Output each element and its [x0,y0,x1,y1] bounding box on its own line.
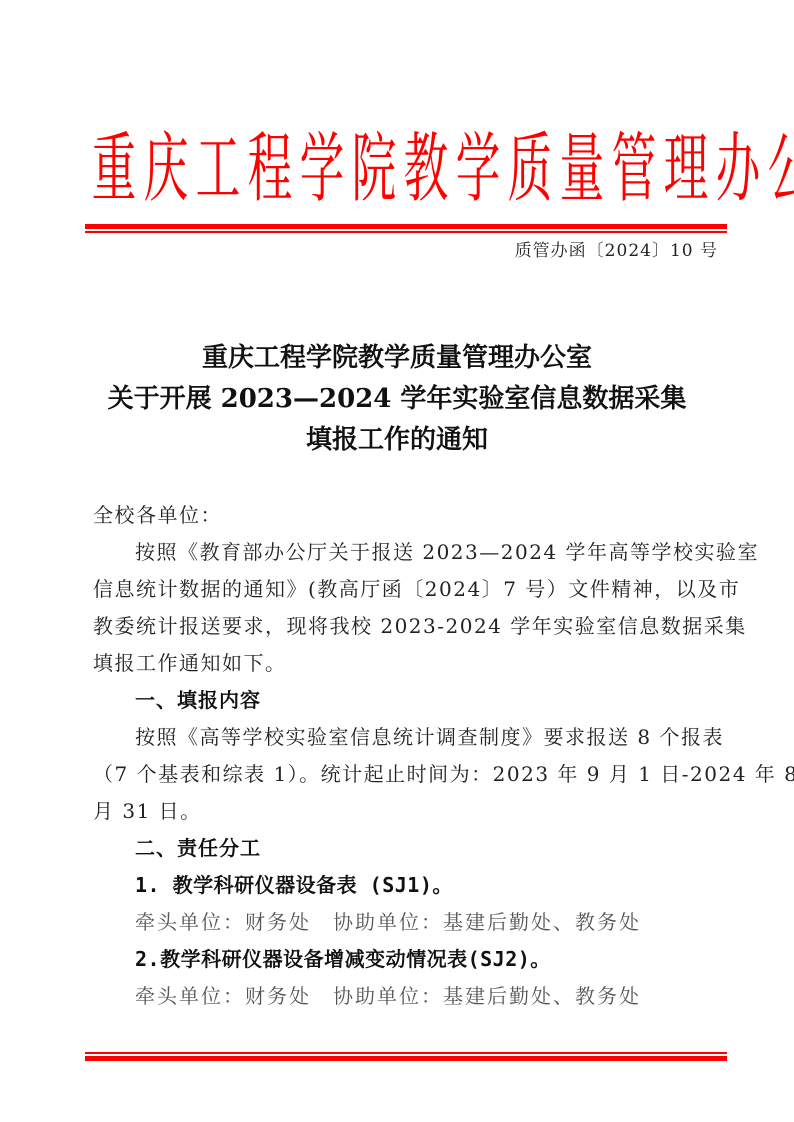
title-line-1: 重庆工程学院教学质量管理办公室 [60,338,734,379]
assist-unit: 协助单位：基建后勤处、教务处 [333,984,641,1008]
masthead-char: 管 [612,109,657,231]
intro-line: 教委统计报送要求，现将我校 2023-2024 学年实验室信息数据采集 [93,611,721,641]
section1-line: （7 个基表和综表 1）。统计起止时间为：2023 年 9 月 1 日-2024… [93,759,721,789]
lead-unit: 牵头单位：财务处 [135,984,311,1008]
header-red-rule-thick [85,224,727,229]
intro-line: 信息统计数据的通知》(教高厅函〔2024〕7 号）文件精神，以及市 [93,574,721,604]
masthead-char: 庆 [144,109,189,231]
masthead-char: 重 [92,109,137,231]
responsibility-item-title: 2.教学科研仪器设备增减变动情况表(SJ2)。 [93,944,721,974]
document-page: 重 庆 工 程 学 院 教 学 质 量 管 理 办 公 室 质管办函〔2024〕… [0,0,794,1122]
masthead-char: 院 [352,109,397,231]
masthead-char: 程 [248,109,293,231]
footer-red-rule-thin [85,1052,727,1054]
lead-unit: 牵头单位：财务处 [135,910,311,934]
responsibility-item-title: 1. 教学科研仪器设备表 (SJ1)。 [93,870,721,900]
masthead-char: 学 [456,109,501,231]
masthead-char: 学 [300,109,345,231]
masthead-char: 质 [508,109,553,231]
title-line-3: 填报工作的通知 [60,420,734,461]
assist-unit: 协助单位：基建后勤处、教务处 [333,910,641,934]
masthead-char: 量 [560,109,605,231]
masthead-title: 重 庆 工 程 学 院 教 学 质 量 管 理 办 公 室 [88,128,724,212]
title-line-2: 关于开展 2023—2024 学年实验室信息数据采集 [60,379,734,420]
section1-line: 按照《高等学校实验室信息统计调查制度》要求报送 8 个报表 [93,722,721,752]
masthead-char: 理 [664,109,709,231]
masthead-char: 工 [196,109,241,231]
masthead-char: 教 [404,109,449,231]
intro-line: 按照《教育部办公厅关于报送 2023—2024 学年高等学校实验室 [93,537,721,567]
responsibility-item-units: 牵头单位：财务处协助单位：基建后勤处、教务处 [93,907,721,937]
masthead-char: 办 [716,109,761,231]
notice-title: 重庆工程学院教学质量管理办公室 关于开展 2023—2024 学年实验室信息数据… [60,338,734,461]
document-number: 质管办函〔2024〕10 号 [515,236,718,266]
masthead-char: 公 [768,109,794,231]
salutation: 全校各单位： [93,500,721,530]
intro-line: 填报工作通知如下。 [93,648,721,678]
footer-red-rule-thick [85,1056,727,1061]
section-heading-content: 一、填报内容 [93,685,721,715]
section1-line: 月 31 日。 [93,796,721,826]
section-heading-responsibility: 二、责任分工 [93,833,721,863]
header-red-rule-thin [85,231,727,233]
responsibility-item-units: 牵头单位：财务处协助单位：基建后勤处、教务处 [93,981,721,1011]
